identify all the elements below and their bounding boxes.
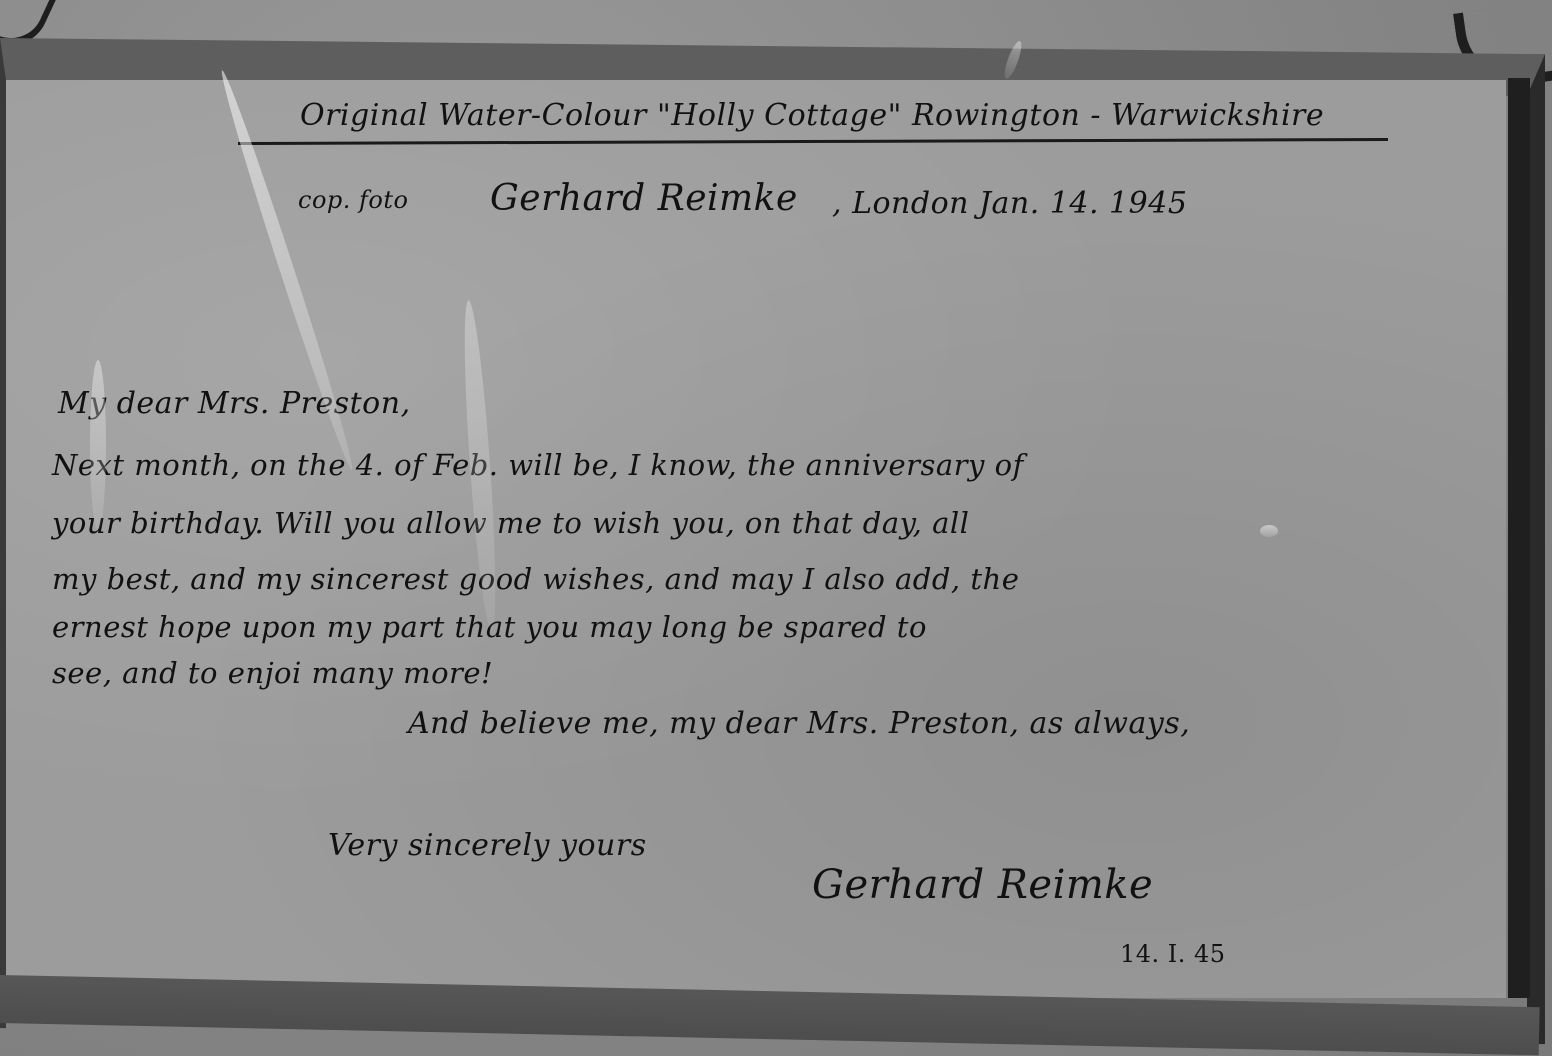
letter-title: Original Water-Colour "Holly Cottage" Ro… bbox=[300, 98, 1324, 133]
header-signature: Gerhard Reimke bbox=[490, 178, 798, 219]
copy-photo-note: cop. foto bbox=[298, 186, 408, 214]
body-line: my best, and my sincerest good wishes, a… bbox=[52, 562, 1019, 596]
body-line: see, and to enjoi many more! bbox=[52, 656, 493, 690]
body-line: ernest hope upon my part that you may lo… bbox=[52, 610, 927, 644]
valediction: Very sincerely yours bbox=[328, 828, 647, 863]
body-line: Next month, on the 4. of Feb. will be, I… bbox=[52, 448, 1024, 482]
signature-date: 14. I. 45 bbox=[1120, 940, 1226, 968]
frame-right-edge bbox=[1508, 78, 1530, 998]
header-place-date: , London Jan. 14. 1945 bbox=[832, 186, 1187, 221]
body-line: your birthday. Will you allow me to wish… bbox=[52, 506, 969, 540]
salutation: My dear Mrs. Preston, bbox=[58, 386, 411, 421]
signature: Gerhard Reimke bbox=[812, 862, 1153, 908]
closing-line: And believe me, my dear Mrs. Preston, as… bbox=[408, 706, 1190, 741]
